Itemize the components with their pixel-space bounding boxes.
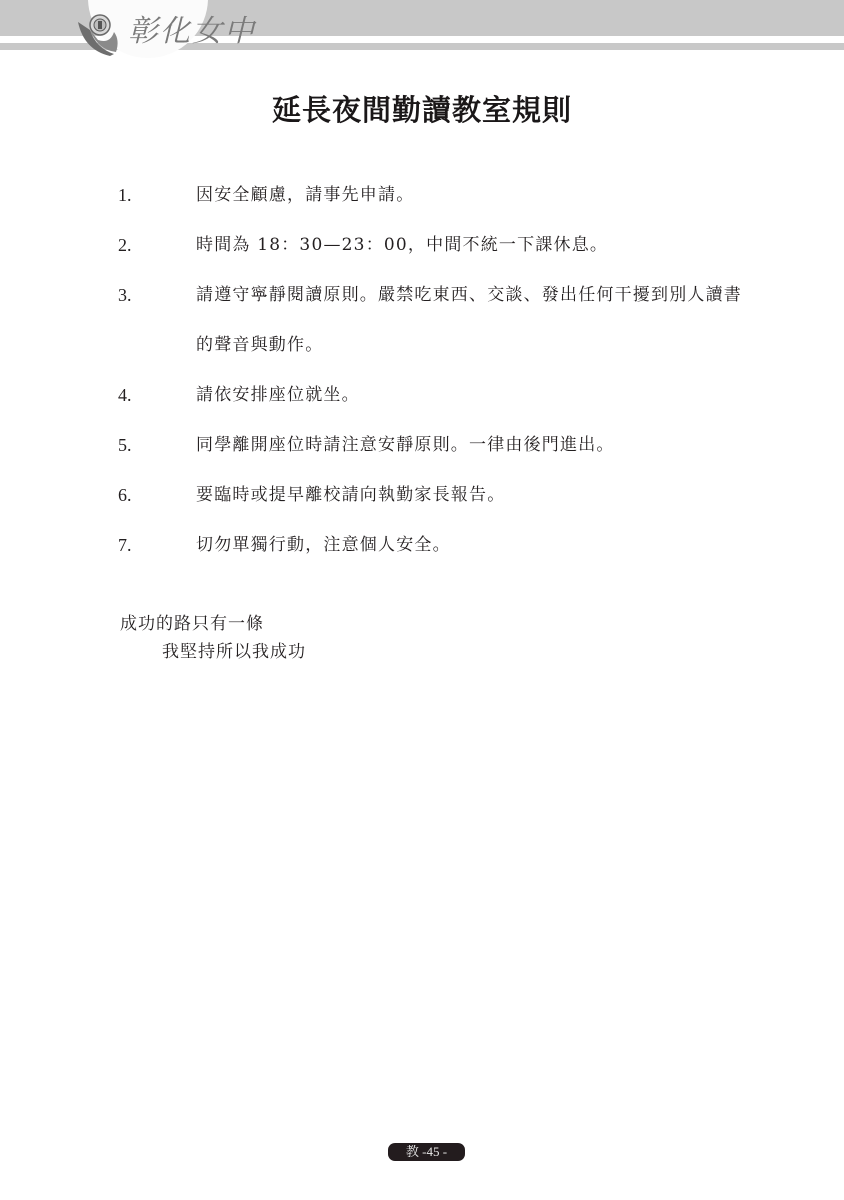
motto-line-1: 成功的路只有一條 — [120, 610, 306, 638]
rule-item: 6. 要臨時或提早離校請向執勤家長報告。 — [118, 470, 778, 520]
rule-text: 同學離開座位時請注意安靜原則。一律由後門進出。 — [196, 420, 778, 470]
rule-number: 4. — [118, 370, 196, 420]
motto-line-2: 我堅持所以我成功 — [120, 638, 306, 666]
rule-item: 7. 切勿單獨行動，注意個人安全。 — [118, 520, 778, 570]
rule-number: 6. — [118, 470, 196, 520]
rule-text: 切勿單獨行動，注意個人安全。 — [196, 520, 778, 570]
page-header: 彰化女中 — [0, 0, 844, 60]
rule-item: 4. 請依安排座位就坐。 — [118, 370, 778, 420]
rule-number: 3. — [118, 270, 196, 370]
rule-text: 請遵守寧靜閱讀原則。嚴禁吃東西、交談、發出任何干擾到別人讀書的聲音與動作。 — [196, 270, 756, 370]
rule-number: 7. — [118, 520, 196, 570]
rule-number: 1. — [118, 170, 196, 220]
rule-item: 5. 同學離開座位時請注意安靜原則。一律由後門進出。 — [118, 420, 778, 470]
rules-list: 1. 因安全顧慮，請事先申請。 2. 時間為 18：30—23：00，中間不統一… — [118, 170, 778, 570]
rule-text: 請依安排座位就坐。 — [196, 370, 778, 420]
rule-number: 2. — [118, 220, 196, 270]
rule-item: 1. 因安全顧慮，請事先申請。 — [118, 170, 778, 220]
rule-text: 時間為 18：30—23：00，中間不統一下課休息。 — [196, 220, 778, 270]
rule-text: 因安全顧慮，請事先申請。 — [196, 170, 778, 220]
rule-text: 要臨時或提早離校請向執勤家長報告。 — [196, 470, 778, 520]
school-name: 彰化女中 — [128, 6, 256, 50]
page-number-badge: 教 -45 - — [388, 1143, 465, 1161]
page-title: 延長夜間勤讀教室規則 — [0, 88, 844, 129]
motto: 成功的路只有一條 我堅持所以我成功 — [120, 610, 306, 666]
school-emblem-icon — [76, 10, 122, 58]
rule-number: 5. — [118, 420, 196, 470]
rule-item: 3. 請遵守寧靜閱讀原則。嚴禁吃東西、交談、發出任何干擾到別人讀書的聲音與動作。 — [118, 270, 778, 370]
rule-item: 2. 時間為 18：30—23：00，中間不統一下課休息。 — [118, 220, 778, 270]
